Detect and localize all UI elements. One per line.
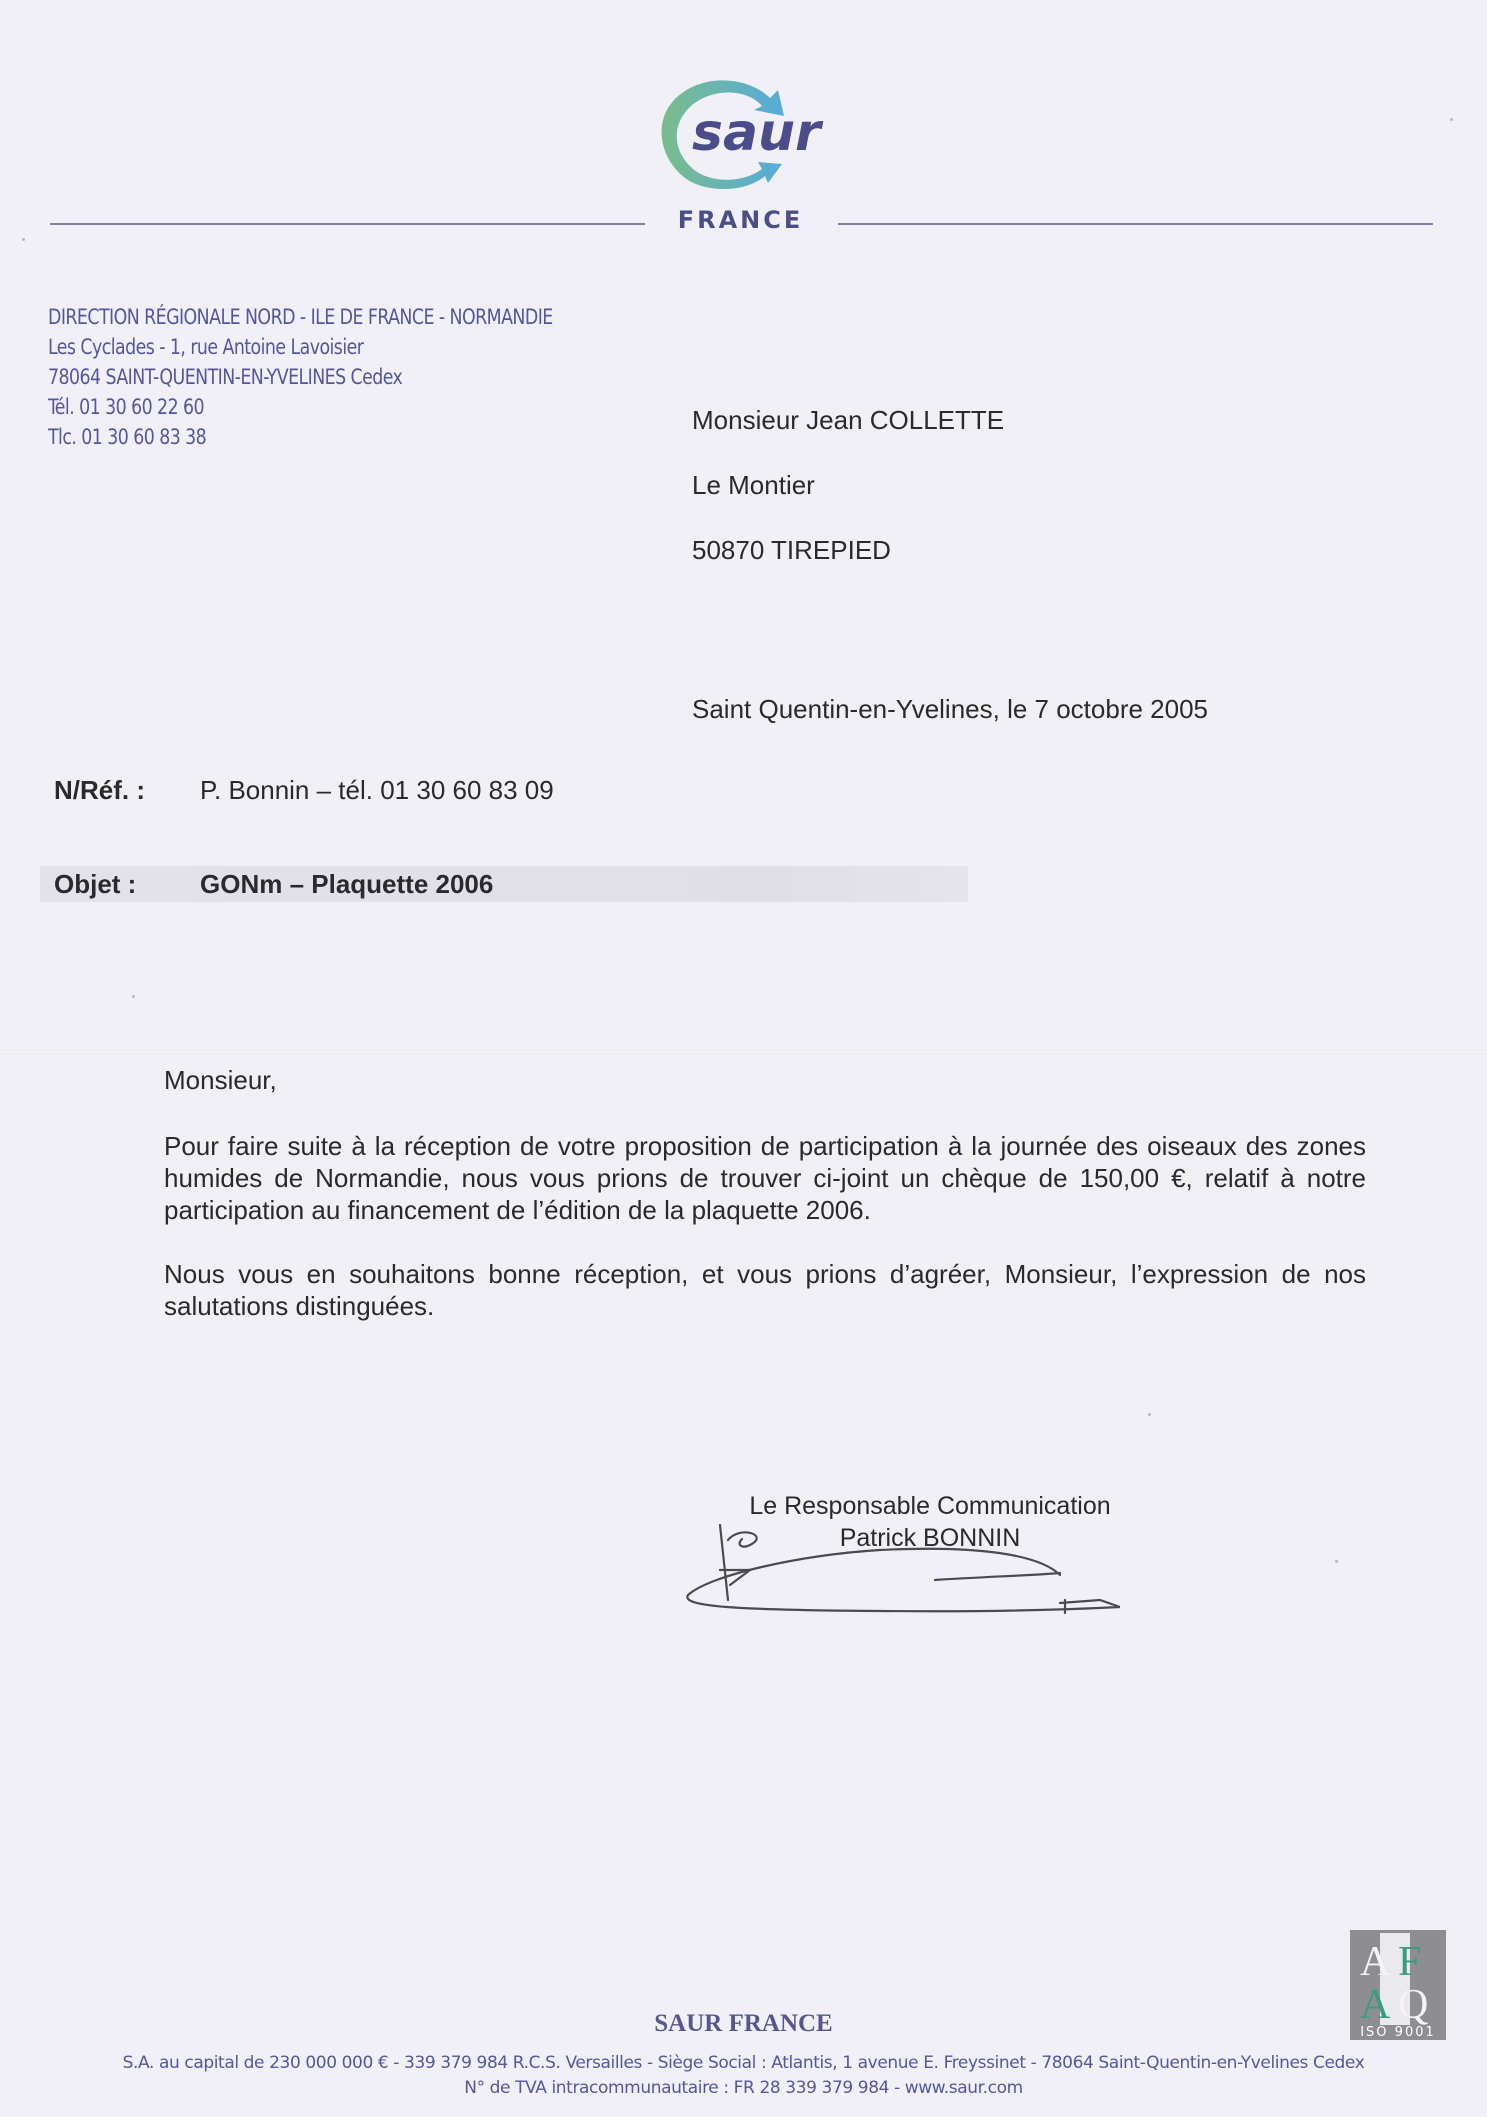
subject-label: Objet : <box>54 869 200 900</box>
logo-text: saur <box>692 103 824 163</box>
sender-line: DIRECTION RÉGIONALE NORD - ILE DE FRANCE… <box>48 302 553 332</box>
handwritten-signature <box>680 1515 1120 1635</box>
footer-vat-line: N° de TVA intracommunautaire : FR 28 339… <box>0 2078 1487 2098</box>
letter-body: Monsieur, Pour faire suite à la réceptio… <box>164 1064 1366 1354</box>
recipient-address: Monsieur Jean COLLETTE Le Montier 50870 … <box>692 388 1004 583</box>
date-line: Saint Quentin-en-Yvelines, le 7 octobre … <box>692 694 1208 725</box>
scan-speck <box>132 995 135 998</box>
saur-logo: saur <box>650 68 840 198</box>
body-paragraph: Nous vous en souhaitons bonne réception,… <box>164 1258 1366 1322</box>
sender-address: DIRECTION RÉGIONALE NORD - ILE DE FRANCE… <box>48 302 597 452</box>
sender-line: Tél. 01 30 60 22 60 <box>48 392 553 422</box>
reference-label: N/Réf. : <box>54 775 200 806</box>
recipient-street: Le Montier <box>692 453 1004 518</box>
scan-speck <box>1148 1413 1151 1416</box>
logo-subtitle: FRANCE <box>648 206 833 234</box>
sender-line: 78064 SAINT-QUENTIN-EN-YVELINES Cedex <box>48 362 553 392</box>
header-rule-right <box>838 223 1433 225</box>
recipient-name: Monsieur Jean COLLETTE <box>692 388 1004 453</box>
body-paragraph: Pour faire suite à la réception de votre… <box>164 1130 1366 1226</box>
scan-speck <box>1450 118 1453 121</box>
svg-text:A: A <box>1360 1939 1391 1985</box>
header-rule-left <box>50 223 645 225</box>
footer-company: SAUR FRANCE <box>0 2010 1487 2038</box>
subject-row: Objet :GONm – Plaquette 2006 <box>54 869 493 900</box>
scan-speck <box>1335 1560 1338 1563</box>
sender-line: Tlc. 01 30 60 83 38 <box>48 422 553 452</box>
paper-fold <box>0 1051 1487 1054</box>
footer-legal-line: S.A. au capital de 230 000 000 € - 339 3… <box>0 2053 1487 2073</box>
reference-row: N/Réf. :P. Bonnin – tél. 01 30 60 83 09 <box>54 775 554 806</box>
subject-value: GONm – Plaquette 2006 <box>200 869 493 899</box>
scan-speck <box>22 238 25 241</box>
salutation: Monsieur, <box>164 1064 1366 1096</box>
svg-text:F: F <box>1398 1939 1421 1985</box>
reference-value: P. Bonnin – tél. 01 30 60 83 09 <box>200 775 554 805</box>
sender-line: Les Cyclades - 1, rue Antoine Lavoisier <box>48 332 553 362</box>
recipient-city: 50870 TIREPIED <box>692 518 1004 583</box>
